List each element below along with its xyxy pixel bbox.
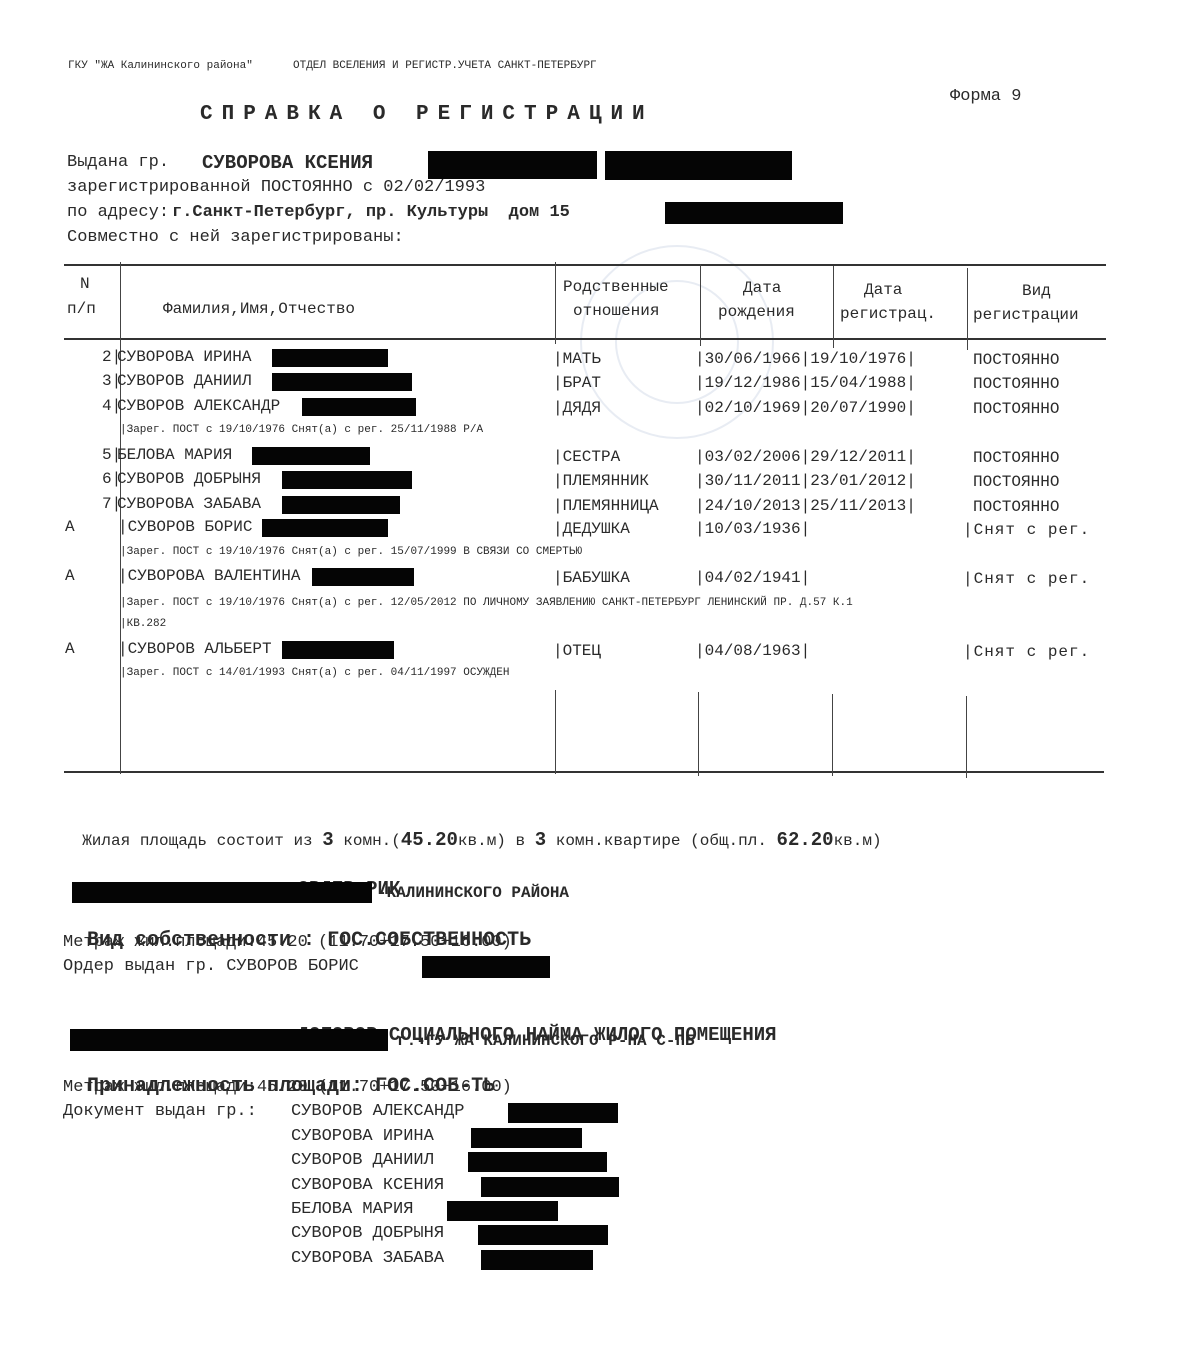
department-name: ОТДЕЛ ВСЕЛЕНИЯ И РЕГИСТР.УЧЕТА САНКТ-ПЕТ… (293, 60, 597, 72)
row-relation: |БРАТ (553, 374, 601, 392)
col-divider (700, 264, 701, 346)
col-divider (698, 692, 699, 776)
issued-to-person: СУВОРОВА КСЕНИЯ (291, 1176, 444, 1195)
row-name: СУВОРОВ АЛЕКСАНДР (117, 397, 280, 415)
row-reg-type: ПОСТОЯННО (973, 473, 1059, 491)
table-top-rule (64, 264, 1106, 266)
header-fio: Фамилия,Имя,Отчество (163, 300, 355, 318)
row-name: СУВОРОВА ИРИНА (117, 348, 251, 366)
row-reg-type: |Снят с рег. (963, 521, 1090, 539)
header-regtype: Вид (1022, 282, 1051, 300)
row-name: СУВОРОВА ЗАБАВА (117, 495, 261, 513)
form-number: Форма 9 (950, 87, 1021, 106)
address: г.Санкт-Петербург, пр. Культуры дом 15 (172, 203, 570, 222)
redaction (272, 349, 388, 367)
issued-to-person: СУВОРОВ ДОБРЫНЯ (291, 1224, 444, 1243)
row-relation: |ОТЕЦ (553, 642, 601, 660)
doc2-issued-label: Документ выдан гр.: (63, 1102, 257, 1121)
table-header-rule (64, 338, 1106, 340)
row-dates: |24/10/2013|25/11/2013| (695, 497, 916, 515)
registration-line: зарегистрированной ПОСТОЯННО с 02/02/199… (67, 178, 485, 197)
living-area-text: комн.квартире (общ.пл. (546, 832, 776, 850)
col-divider (967, 268, 968, 350)
col-divider (555, 262, 556, 344)
room-count: 3 (322, 829, 333, 851)
row-reg-type: |Снят с рег. (963, 570, 1090, 588)
row-note: |КВ.282 (120, 618, 166, 630)
row-dates: |10/03/1936| (695, 520, 810, 538)
redaction (508, 1103, 618, 1123)
table-bottom-rule (64, 771, 1104, 773)
living-area-text: комн.( (334, 832, 401, 850)
redaction (252, 447, 370, 465)
doc1-issuer: -КАЛИНИНСКОГО РАЙОНА (377, 884, 569, 902)
row-reg-type: ПОСТОЯННО (973, 449, 1059, 467)
row-dates: |30/11/2011|23/01/2012| (695, 472, 916, 490)
redaction (665, 202, 843, 224)
header-regtype: регистрации (973, 306, 1079, 324)
redaction (471, 1128, 582, 1148)
row-note: |Зарег. ПОСТ с 19/10/1976 Снят(а) с рег.… (120, 546, 582, 558)
redaction (312, 568, 414, 586)
row-note: |Зарег. ПОСТ с 19/10/1976 Снят(а) с рег.… (120, 597, 853, 609)
document-title: СПРАВКА О РЕГИСТРАЦИИ (200, 103, 654, 126)
row-reg-type: |Снят с рег. (963, 643, 1090, 661)
row-number: А (65, 567, 75, 585)
redaction (70, 1029, 388, 1051)
issued-name: СУВОРОВА КСЕНИЯ (202, 152, 373, 174)
row-number: А (65, 518, 75, 536)
living-area-text: кв.м) (834, 832, 882, 850)
doc2-issuer: г.-ГУ ЖА КАЛИНИНСКОГО Р-НА С-ПБ (397, 1032, 695, 1050)
row-relation: |МАТЬ (553, 350, 601, 368)
row-name: СУВОРОВ ДАНИИЛ (117, 372, 251, 390)
row-reg-type: ПОСТОЯННО (973, 498, 1059, 516)
row-relation: |БАБУШКА (553, 569, 630, 587)
apartment-rooms: 3 (535, 829, 546, 851)
header-relation: отношения (573, 302, 659, 320)
issued-to-person: СУВОРОВ АЛЕКСАНДР (291, 1102, 464, 1121)
row-dates: |03/02/2006|29/12/2011| (695, 448, 916, 466)
redaction (262, 519, 388, 537)
living-area-line: Жилая площадь состоит из 3 комн.(45.20кв… (63, 811, 882, 851)
header-num: п/п (67, 300, 96, 318)
redaction (302, 398, 416, 416)
col-divider (832, 694, 833, 776)
row-number: А (65, 640, 75, 658)
row-dates: |02/10/1969|20/07/1990| (695, 399, 916, 417)
row-relation: |ДЕДУШКА (553, 520, 630, 538)
redaction (72, 882, 372, 903)
issued-to-person: СУВОРОВА ЗАБАВА (291, 1249, 444, 1268)
col-divider (555, 690, 556, 774)
redaction (481, 1177, 619, 1197)
doc2-metrage: Метраж жил.площади:45.20 (11.70+17.50+16… (63, 1078, 512, 1097)
redaction (282, 471, 412, 489)
row-reg-type: ПОСТОЯННО (973, 351, 1059, 369)
total-area-value: 62.20 (777, 829, 834, 851)
doc1-issued-to: Ордер выдан гр. СУВОРОВ БОРИС (63, 957, 359, 976)
org-name: ГКУ "ЖА Калининского района" (68, 60, 253, 72)
redaction (478, 1225, 608, 1245)
row-reg-type: ПОСТОЯННО (973, 375, 1059, 393)
redaction (428, 151, 597, 179)
row-note: |Зарег. ПОСТ с 14/01/1993 Снят(а) с рег.… (120, 667, 509, 679)
col-divider (966, 696, 967, 778)
row-note: |Зарег. ПОСТ с 19/10/1976 Снят(а) с рег.… (120, 424, 483, 436)
row-name: БЕЛОВА МАРИЯ (117, 446, 232, 464)
doc1-metrage: Метраж жил.площади:45.20 (11.70+17.50+16… (63, 933, 512, 952)
row-relation: |ДЯДЯ (553, 399, 601, 417)
row-name: |СУВОРОВА ВАЛЕНТИНА (118, 567, 300, 585)
row-name: |СУВОРОВ АЛЬБЕРТ (118, 640, 272, 658)
jointly-label: Совместно с ней зарегистрированы: (67, 228, 404, 247)
row-dates: |04/02/1941| (695, 569, 810, 587)
row-relation: |ПЛЕМЯННИК (553, 472, 649, 490)
redaction (272, 373, 412, 391)
header-regdate: Дата (864, 281, 902, 299)
header-dob: рождения (718, 303, 795, 321)
row-relation: |ПЛЕМЯННИЦА (553, 497, 659, 515)
row-dates: |30/06/1966|19/10/1976| (695, 350, 916, 368)
redaction (282, 496, 400, 514)
living-area-text: Жилая площадь состоит из (82, 832, 322, 850)
living-area-text: кв.м) в (458, 832, 535, 850)
issued-to-person: СУВОРОВ ДАНИИЛ (291, 1151, 434, 1170)
address-prefix: по адресу: (67, 203, 169, 222)
header-num: N (80, 275, 90, 293)
row-dates: |19/12/1986|15/04/1988| (695, 374, 916, 392)
row-name: СУВОРОВ ДОБРЫНЯ (117, 470, 261, 488)
row-relation: |СЕСТРА (553, 448, 620, 466)
header-regdate: регистрац. (840, 305, 936, 323)
header-dob: Дата (743, 279, 781, 297)
redaction (605, 151, 792, 180)
row-dates: |04/08/1963| (695, 642, 810, 660)
redaction (468, 1152, 607, 1172)
redaction (422, 956, 550, 978)
issued-to-person: СУВОРОВА ИРИНА (291, 1127, 434, 1146)
header-relation: Родственные (563, 278, 669, 296)
redaction (282, 641, 394, 659)
issued-prefix: Выдана гр. (67, 153, 169, 172)
row-reg-type: ПОСТОЯННО (973, 400, 1059, 418)
col-divider (833, 266, 834, 348)
redaction (481, 1250, 593, 1270)
row-name: |СУВОРОВ БОРИС (118, 518, 252, 536)
redaction (447, 1201, 558, 1221)
living-area-value: 45.20 (401, 829, 458, 851)
issued-to-person: БЕЛОВА МАРИЯ (291, 1200, 413, 1219)
